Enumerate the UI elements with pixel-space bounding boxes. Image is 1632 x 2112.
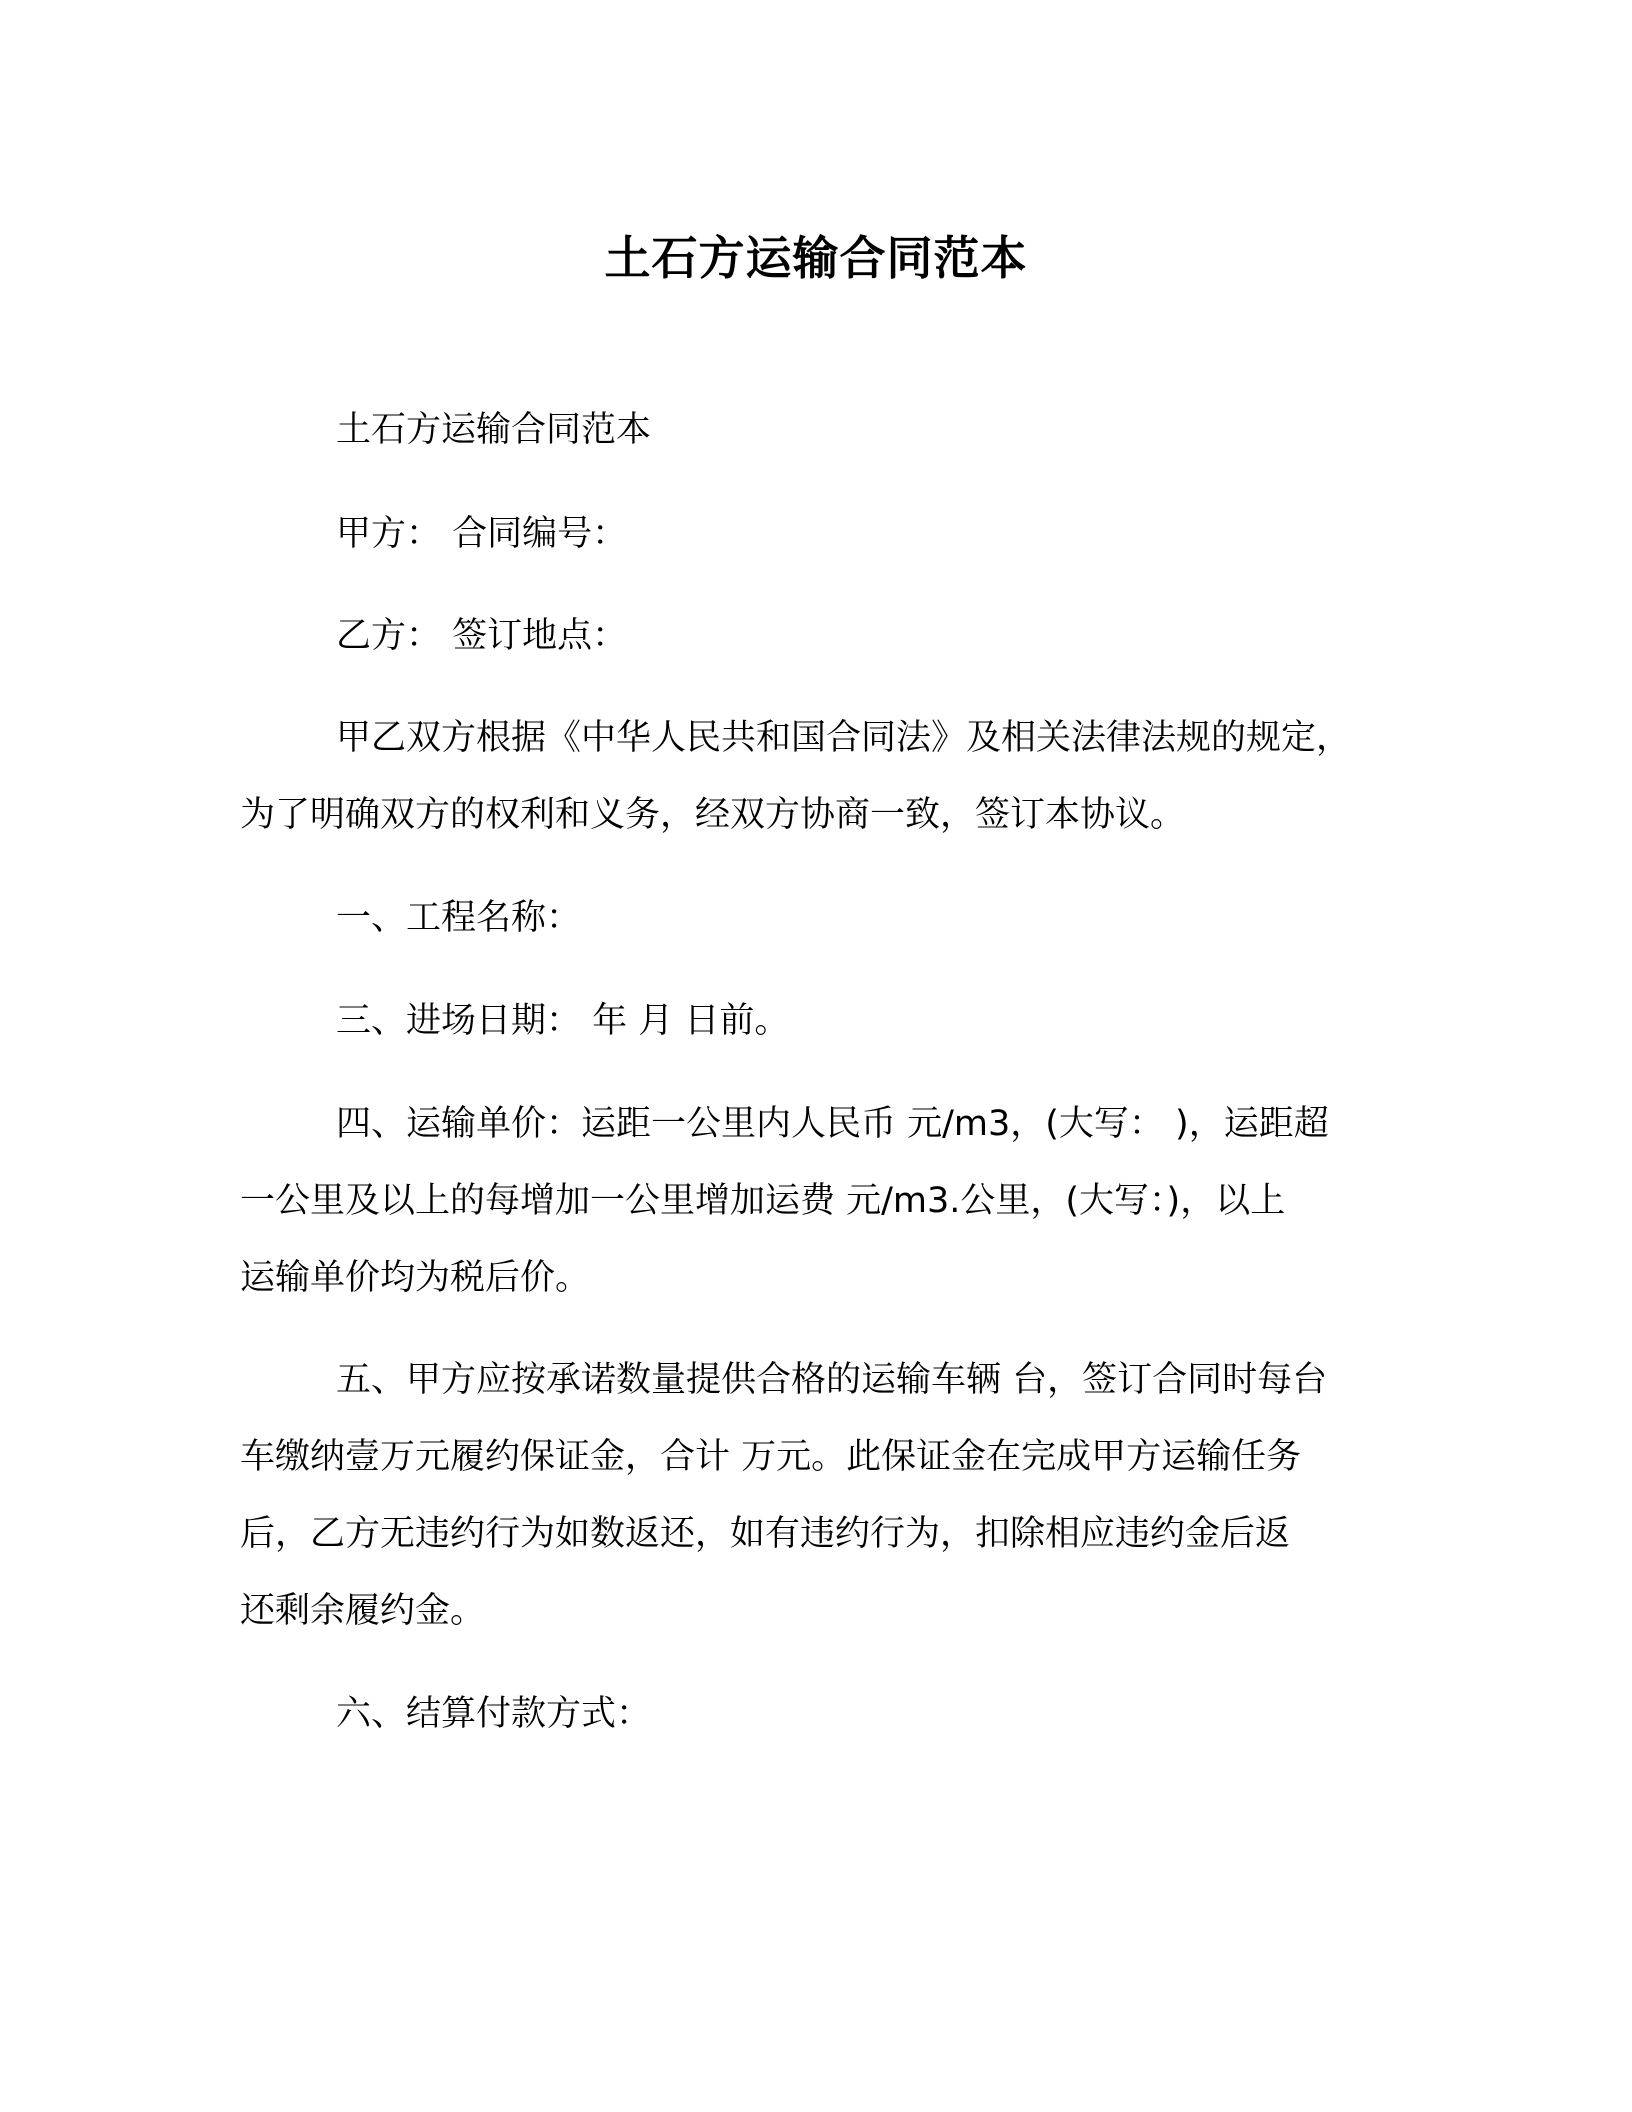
clause-4-line-3: 运输单价均为税后价。 <box>240 1240 1410 1317</box>
clause-6-paragraph: 六、结算付款方式： <box>240 1676 1410 1753</box>
clause-3-line: 三、进场日期： 年 月 日前。 <box>240 983 1410 1060</box>
party-b-line: 乙方： 签订地点： <box>240 598 1410 675</box>
subtitle-paragraph: 土石方运输合同范本 <box>240 392 1410 469</box>
clause-3-paragraph: 三、进场日期： 年 月 日前。 <box>240 983 1410 1060</box>
subtitle-line: 土石方运输合同范本 <box>240 392 1410 469</box>
preamble-line-1: 甲乙双方根据《中华人民共和国合同法》及相关法律法规的规定， <box>240 700 1410 777</box>
party-a-line: 甲方： 合同编号： <box>240 496 1410 573</box>
clause-5-line-1: 五、甲方应按承诺数量提供合格的运输车辆 台，签订合同时每台 <box>240 1342 1410 1419</box>
clause-5-line-2: 车缴纳壹万元履约保证金，合计 万元。此保证金在完成甲方运输任务 <box>240 1419 1410 1496</box>
clause-4-line-1: 四、运输单价：运距一公里内人民币 元/m3，(大写： )，运距超 <box>240 1086 1410 1163</box>
party-b-paragraph: 乙方： 签订地点： <box>240 598 1410 675</box>
document-title: 土石方运输合同范本 <box>0 222 1632 288</box>
clause-5-line-4: 还剩余履约金。 <box>240 1573 1410 1650</box>
preamble-line-2: 为了明确双方的权利和义务，经双方协商一致，签订本协议。 <box>240 777 1410 854</box>
preamble-paragraph: 甲乙双方根据《中华人民共和国合同法》及相关法律法规的规定， 为了明确双方的权利和… <box>240 700 1410 854</box>
clause-4-paragraph: 四、运输单价：运距一公里内人民币 元/m3，(大写： )，运距超 一公里及以上的… <box>240 1086 1410 1317</box>
clause-1-line: 一、工程名称： <box>240 880 1410 957</box>
clause-1-paragraph: 一、工程名称： <box>240 880 1410 957</box>
clause-4-line-2: 一公里及以上的每增加一公里增加运费 元/m3.公里，(大写：)，以上 <box>240 1163 1410 1240</box>
clause-5-paragraph: 五、甲方应按承诺数量提供合格的运输车辆 台，签订合同时每台 车缴纳壹万元履约保证… <box>240 1342 1410 1650</box>
party-a-paragraph: 甲方： 合同编号： <box>240 496 1410 573</box>
clause-5-line-3: 后，乙方无违约行为如数返还，如有违约行为，扣除相应违约金后返 <box>240 1496 1410 1573</box>
clause-6-line: 六、结算付款方式： <box>240 1676 1410 1753</box>
